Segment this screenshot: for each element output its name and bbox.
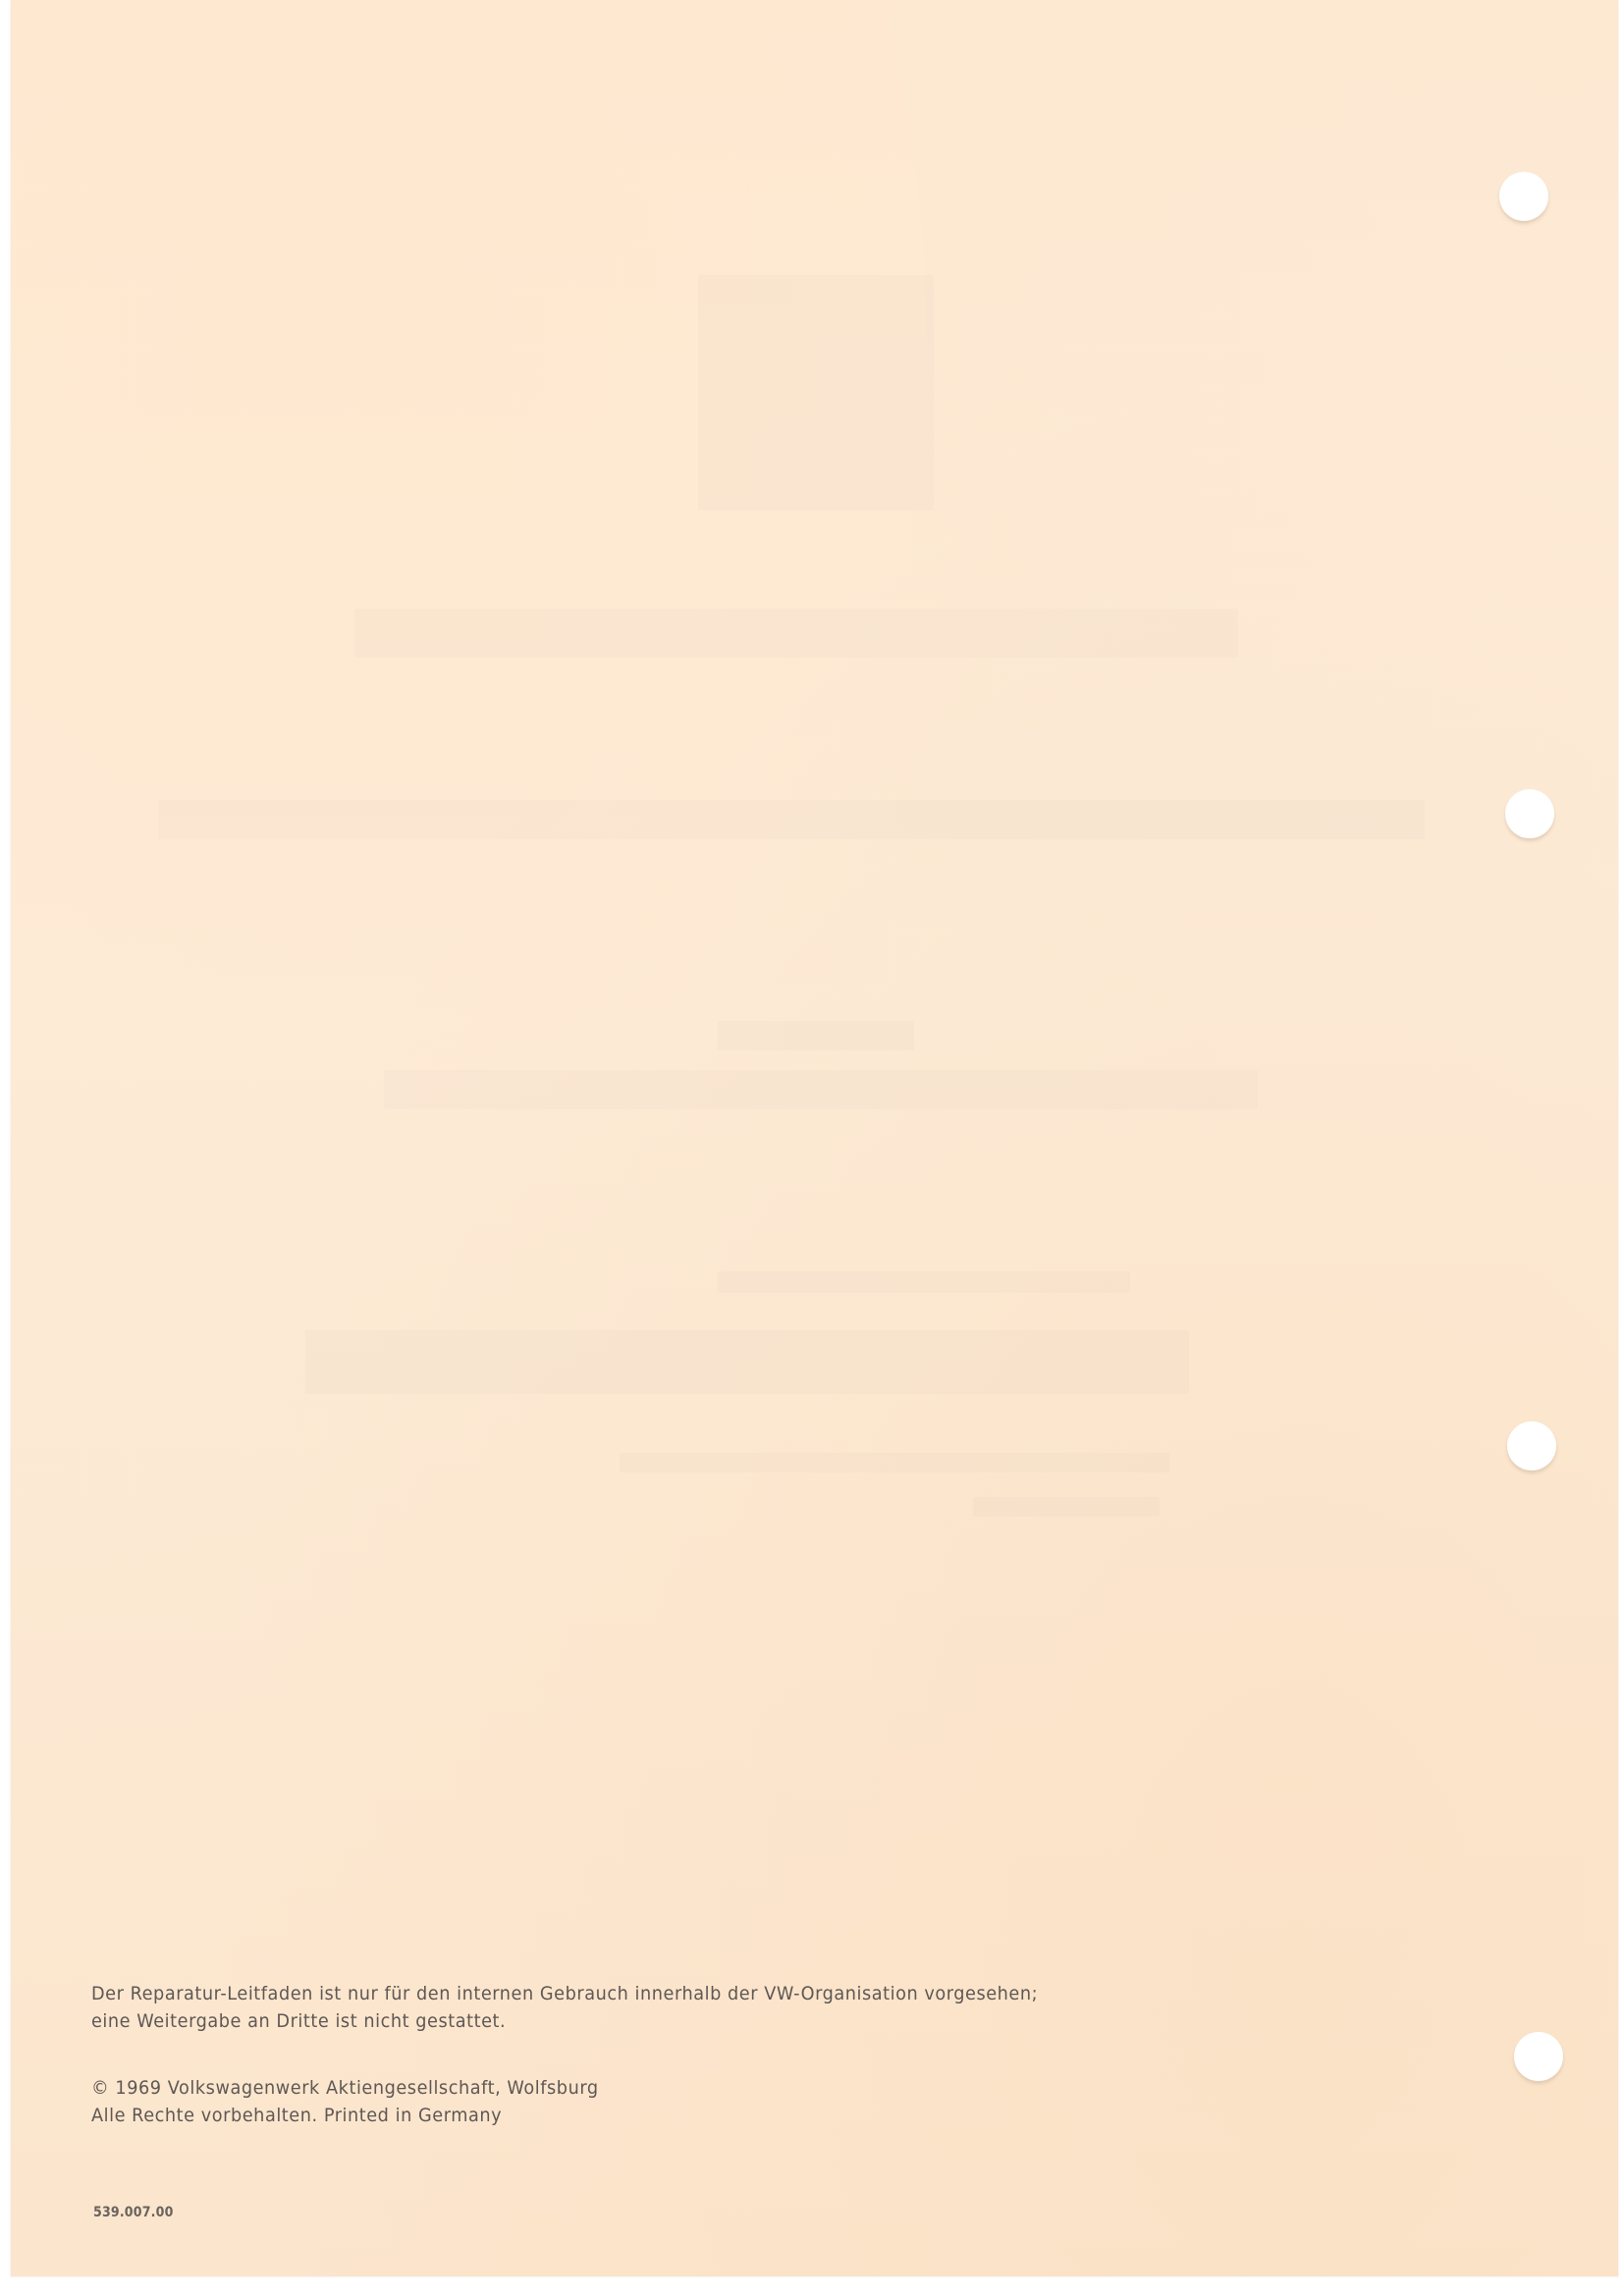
copyright-line-1: © 1969 Volkswagenwerk Aktiengesellschaft…: [91, 2074, 599, 2102]
show-through-text: [620, 1453, 1169, 1472]
internal-use-notice: Der Reparatur-Leitfaden ist nur für den …: [91, 1980, 1038, 2035]
notice-line-2: eine Weitergabe an Dritte ist nicht gest…: [91, 2007, 1038, 2035]
copyright-block: © 1969 Volkswagenwerk Aktiengesellschaft…: [91, 2074, 599, 2129]
paper-page: [11, 0, 1618, 2276]
punch-hole: [1507, 1421, 1556, 1470]
part-number: 539.007.00: [93, 2205, 174, 2220]
show-through-emblem: [698, 275, 934, 510]
show-through-text: [718, 1271, 1130, 1293]
show-through-text: [158, 800, 1425, 839]
show-through-text: [384, 1070, 1258, 1109]
punch-hole: [1499, 172, 1548, 221]
copyright-line-2: Alle Rechte vorbehalten. Printed in Germ…: [91, 2102, 599, 2129]
show-through-text: [305, 1330, 1189, 1394]
punch-hole: [1514, 2032, 1563, 2081]
punch-hole: [1505, 789, 1554, 838]
notice-line-1: Der Reparatur-Leitfaden ist nur für den …: [91, 1980, 1038, 2007]
show-through-text: [354, 609, 1238, 658]
show-through-text: [973, 1497, 1160, 1517]
show-through-text: [718, 1021, 914, 1050]
